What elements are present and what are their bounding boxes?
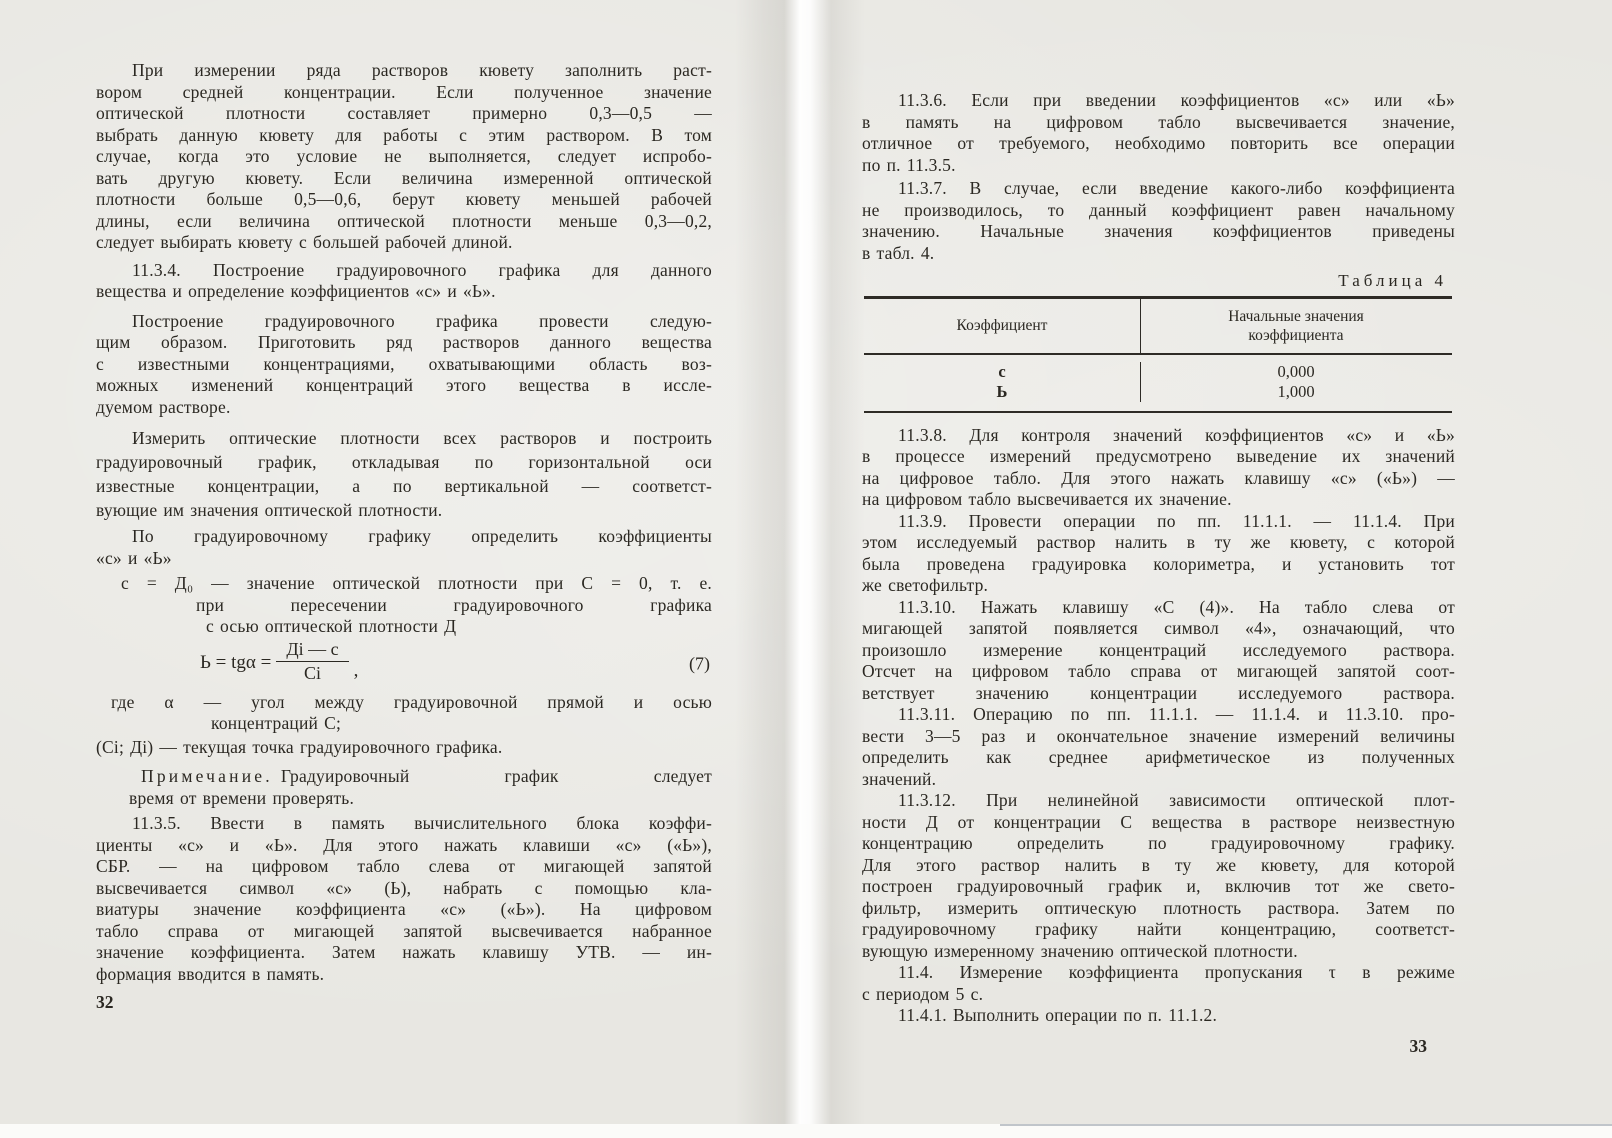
value-cell: 0,000 <box>1277 362 1314 382</box>
text-line: построен градуировочный график и, включи… <box>862 876 1455 898</box>
note-label: Примечание. <box>141 766 273 786</box>
text-line: 11.3.5. Ввести в память вычислительного … <box>96 813 712 835</box>
table-header-text: Коэффициент <box>957 316 1048 335</box>
page-number-right: 33 <box>862 1035 1455 1057</box>
definition-line: при пересечении градуировочного графика <box>96 595 712 617</box>
text-line: дуемом растворе. <box>96 397 712 419</box>
definition-line: с = Д₀ — значение оптической плотности п… <box>96 573 712 595</box>
text-line: виатуры значение коэффициента «с» («Ь»).… <box>96 899 712 921</box>
page-right: 11.3.6. Если при введении коэффициентов … <box>862 0 1455 1057</box>
bottom-hairline <box>1000 1124 1612 1126</box>
text-line: можных изменений концентраций этого веще… <box>96 375 712 397</box>
text-line: 11.3.11. Операцию по пп. 11.1.1. — 11.1.… <box>862 704 1455 726</box>
table: Коэффициент Начальные значения коэффицие… <box>864 296 1452 413</box>
text-line: Измерить оптические плотности всех раств… <box>96 426 712 450</box>
text-line: градуировочному графику найти концентрац… <box>862 919 1455 941</box>
definition-line: концентраций С; <box>96 713 712 735</box>
text-line: этом исследуемый раствор налить в ту же … <box>862 532 1455 554</box>
text-line: Для этого раствор налить в ту же кювету,… <box>862 855 1455 877</box>
note-line: Примечание.Градуировочный график следует <box>96 766 712 788</box>
text-line: концентрацию определить по градуировочно… <box>862 833 1455 855</box>
text-line: 11.3.9. Провести операции по пп. 11.1.1.… <box>862 511 1455 533</box>
equation-number: (7) <box>689 653 710 674</box>
text-line: плотности больше 0,5—0,6, берут кювету м… <box>96 189 712 211</box>
text-line: оптической плотности составляет примерно… <box>96 103 712 125</box>
text-line: ветствует значению концентрации исследуе… <box>862 683 1455 705</box>
text-line: значение коэффициента. Затем нажать клав… <box>96 942 712 964</box>
fraction: Дi — с Сi <box>276 639 348 684</box>
text-line: в процессе измерений предусмотрено вывед… <box>862 446 1455 468</box>
text-line: 11.3.7. В случае, если введение какого-л… <box>862 178 1455 200</box>
text-line: СБР. — на цифровом табло слева от мигающ… <box>96 856 712 878</box>
table-caption: Таблица 4 <box>862 270 1455 292</box>
text-line: 11.4. Измерение коэффициента пропускания… <box>862 962 1455 984</box>
text-line: на цифровом табло высвечивается их значе… <box>862 489 1455 511</box>
text-line: 11.4.1. Выполнить операции по п. 11.1.2. <box>862 1005 1455 1027</box>
gutter-shadow <box>735 0 865 1138</box>
text-line: формация вводится в память. <box>96 964 712 986</box>
text-line: 11.3.6. Если при введении коэффициентов … <box>862 90 1455 112</box>
text-line: По градуировочному графику определить ко… <box>96 526 712 548</box>
fraction-numerator: Дi — с <box>276 639 348 662</box>
text-line: «с» и «Ь» <box>96 548 712 570</box>
page-number-left: 32 <box>96 991 712 1013</box>
value-cell: 1,000 <box>1277 382 1314 402</box>
table-header-text: Начальные значения <box>1228 307 1364 326</box>
bottom-edge <box>0 1124 1612 1138</box>
text-line: Построение градуировочного графика прове… <box>96 311 712 333</box>
text-line: значению. Начальные значения коэффициент… <box>862 221 1455 243</box>
text-line: 11.3.8. Для контроля значений коэффициен… <box>862 425 1455 447</box>
text-line: щим образом. Приготовить ряд растворов д… <box>96 332 712 354</box>
text-line: вести 3—5 раз и окончательное значение и… <box>862 726 1455 748</box>
fraction-denominator: Сi <box>304 662 321 684</box>
definition-line: с осью оптической плотности Д <box>96 616 712 638</box>
page-left: При измерении ряда растворов кювету запо… <box>96 0 712 1013</box>
coefficient-cell: с <box>998 362 1005 382</box>
text-line: вующие им значения оптической плотности. <box>96 498 712 522</box>
book-scan: При измерении ряда растворов кювету запо… <box>0 0 1612 1138</box>
table-header-row: Коэффициент Начальные значения коэффицие… <box>864 299 1452 355</box>
coefficient-cell: Ь <box>997 382 1008 402</box>
text-line: циенты «с» и «Ь». Для этого нажать клави… <box>96 835 712 857</box>
table-col-header-coefficient: Коэффициент <box>864 299 1141 353</box>
text-line: случае, когда это условие не выполняется… <box>96 146 712 168</box>
section-heading-line: 11.3.4. Построение градуировочного графи… <box>96 260 712 282</box>
definition-line: (Сi; Дi) — текущая точка градуировочного… <box>96 737 712 759</box>
text-line: вать другую кювету. Если величина измере… <box>96 168 712 190</box>
text-line: фильтр, измерить оптическую плотность ра… <box>862 898 1455 920</box>
text-line: по п. 11.3.5. <box>862 155 1455 177</box>
section-heading-line: вещества и определение коэффициентов «с»… <box>96 281 712 303</box>
text-line: отличное от требуемого, необходимо повто… <box>862 133 1455 155</box>
formula-lhs: Ь = tgα = <box>200 652 271 674</box>
text-line: табло справа от мигающей запятой высвечи… <box>96 921 712 943</box>
text-line: произошло измерение концентраций исследу… <box>862 640 1455 662</box>
text-line: следует выбирать кювету с большей рабоче… <box>96 232 712 254</box>
text-line: известные концентрации, а по вертикально… <box>96 474 712 498</box>
text-line: в память на цифровом табло высвечивается… <box>862 112 1455 134</box>
text-line: При измерении ряда растворов кювету запо… <box>96 60 712 82</box>
text-line: с периодом 5 с. <box>862 984 1455 1006</box>
text-line: определить как среднее арифметическое из… <box>862 747 1455 769</box>
text-line: была проведена градуировка колориметра, … <box>862 554 1455 576</box>
text-line: длины, если величина оптической плотност… <box>96 211 712 233</box>
note-text: Градуировочный график следует <box>281 766 712 786</box>
text-line: вором средней концентрации. Если получен… <box>96 82 712 104</box>
formula-comma: , <box>354 660 359 682</box>
text-line: на цифровое табло. Для этого нажать клав… <box>862 468 1455 490</box>
text-line: 11.3.12. При нелинейной зависимости опти… <box>862 790 1455 812</box>
text-line: мигающей запятой появляется символ «4», … <box>862 618 1455 640</box>
text-line: градуировочный график, откладывая по гор… <box>96 450 712 474</box>
formula: Ь = tgα = Дi — с Сi , (7) <box>96 638 712 688</box>
text-line: с известными концентрациями, охватывающи… <box>96 354 712 376</box>
definition-line: где α — угол между градуировочной прямой… <box>96 692 712 714</box>
text-line: ности Д от концентрации С вещества в рас… <box>862 812 1455 834</box>
text-line: выбрать данную кювету для работы с этим … <box>96 125 712 147</box>
text-line: 11.3.10. Нажать клавишу «С (4)». На табл… <box>862 597 1455 619</box>
table-col-header-initial-values: Начальные значения коэффициента <box>1141 299 1451 353</box>
text-line: высвечивается символ «с» (Ь), набрать с … <box>96 878 712 900</box>
table-header-text: коэффициента <box>1248 326 1343 345</box>
note-line: время от времени проверять. <box>96 788 712 810</box>
text-line: в табл. 4. <box>862 243 1455 265</box>
text-line: вующую измеренному значению оптической п… <box>862 941 1455 963</box>
text-line: Отсчет на цифровом табло справа от мигаю… <box>862 661 1455 683</box>
coefficient-column: с Ь <box>864 362 1141 402</box>
table-body: с Ь 0,000 1,000 <box>864 355 1452 411</box>
text-line: же светофильтр. <box>862 575 1455 597</box>
text-line: не производилось, то данный коэффициент … <box>862 200 1455 222</box>
text-line: значений. <box>862 769 1455 791</box>
value-column: 0,000 1,000 <box>1141 362 1451 402</box>
